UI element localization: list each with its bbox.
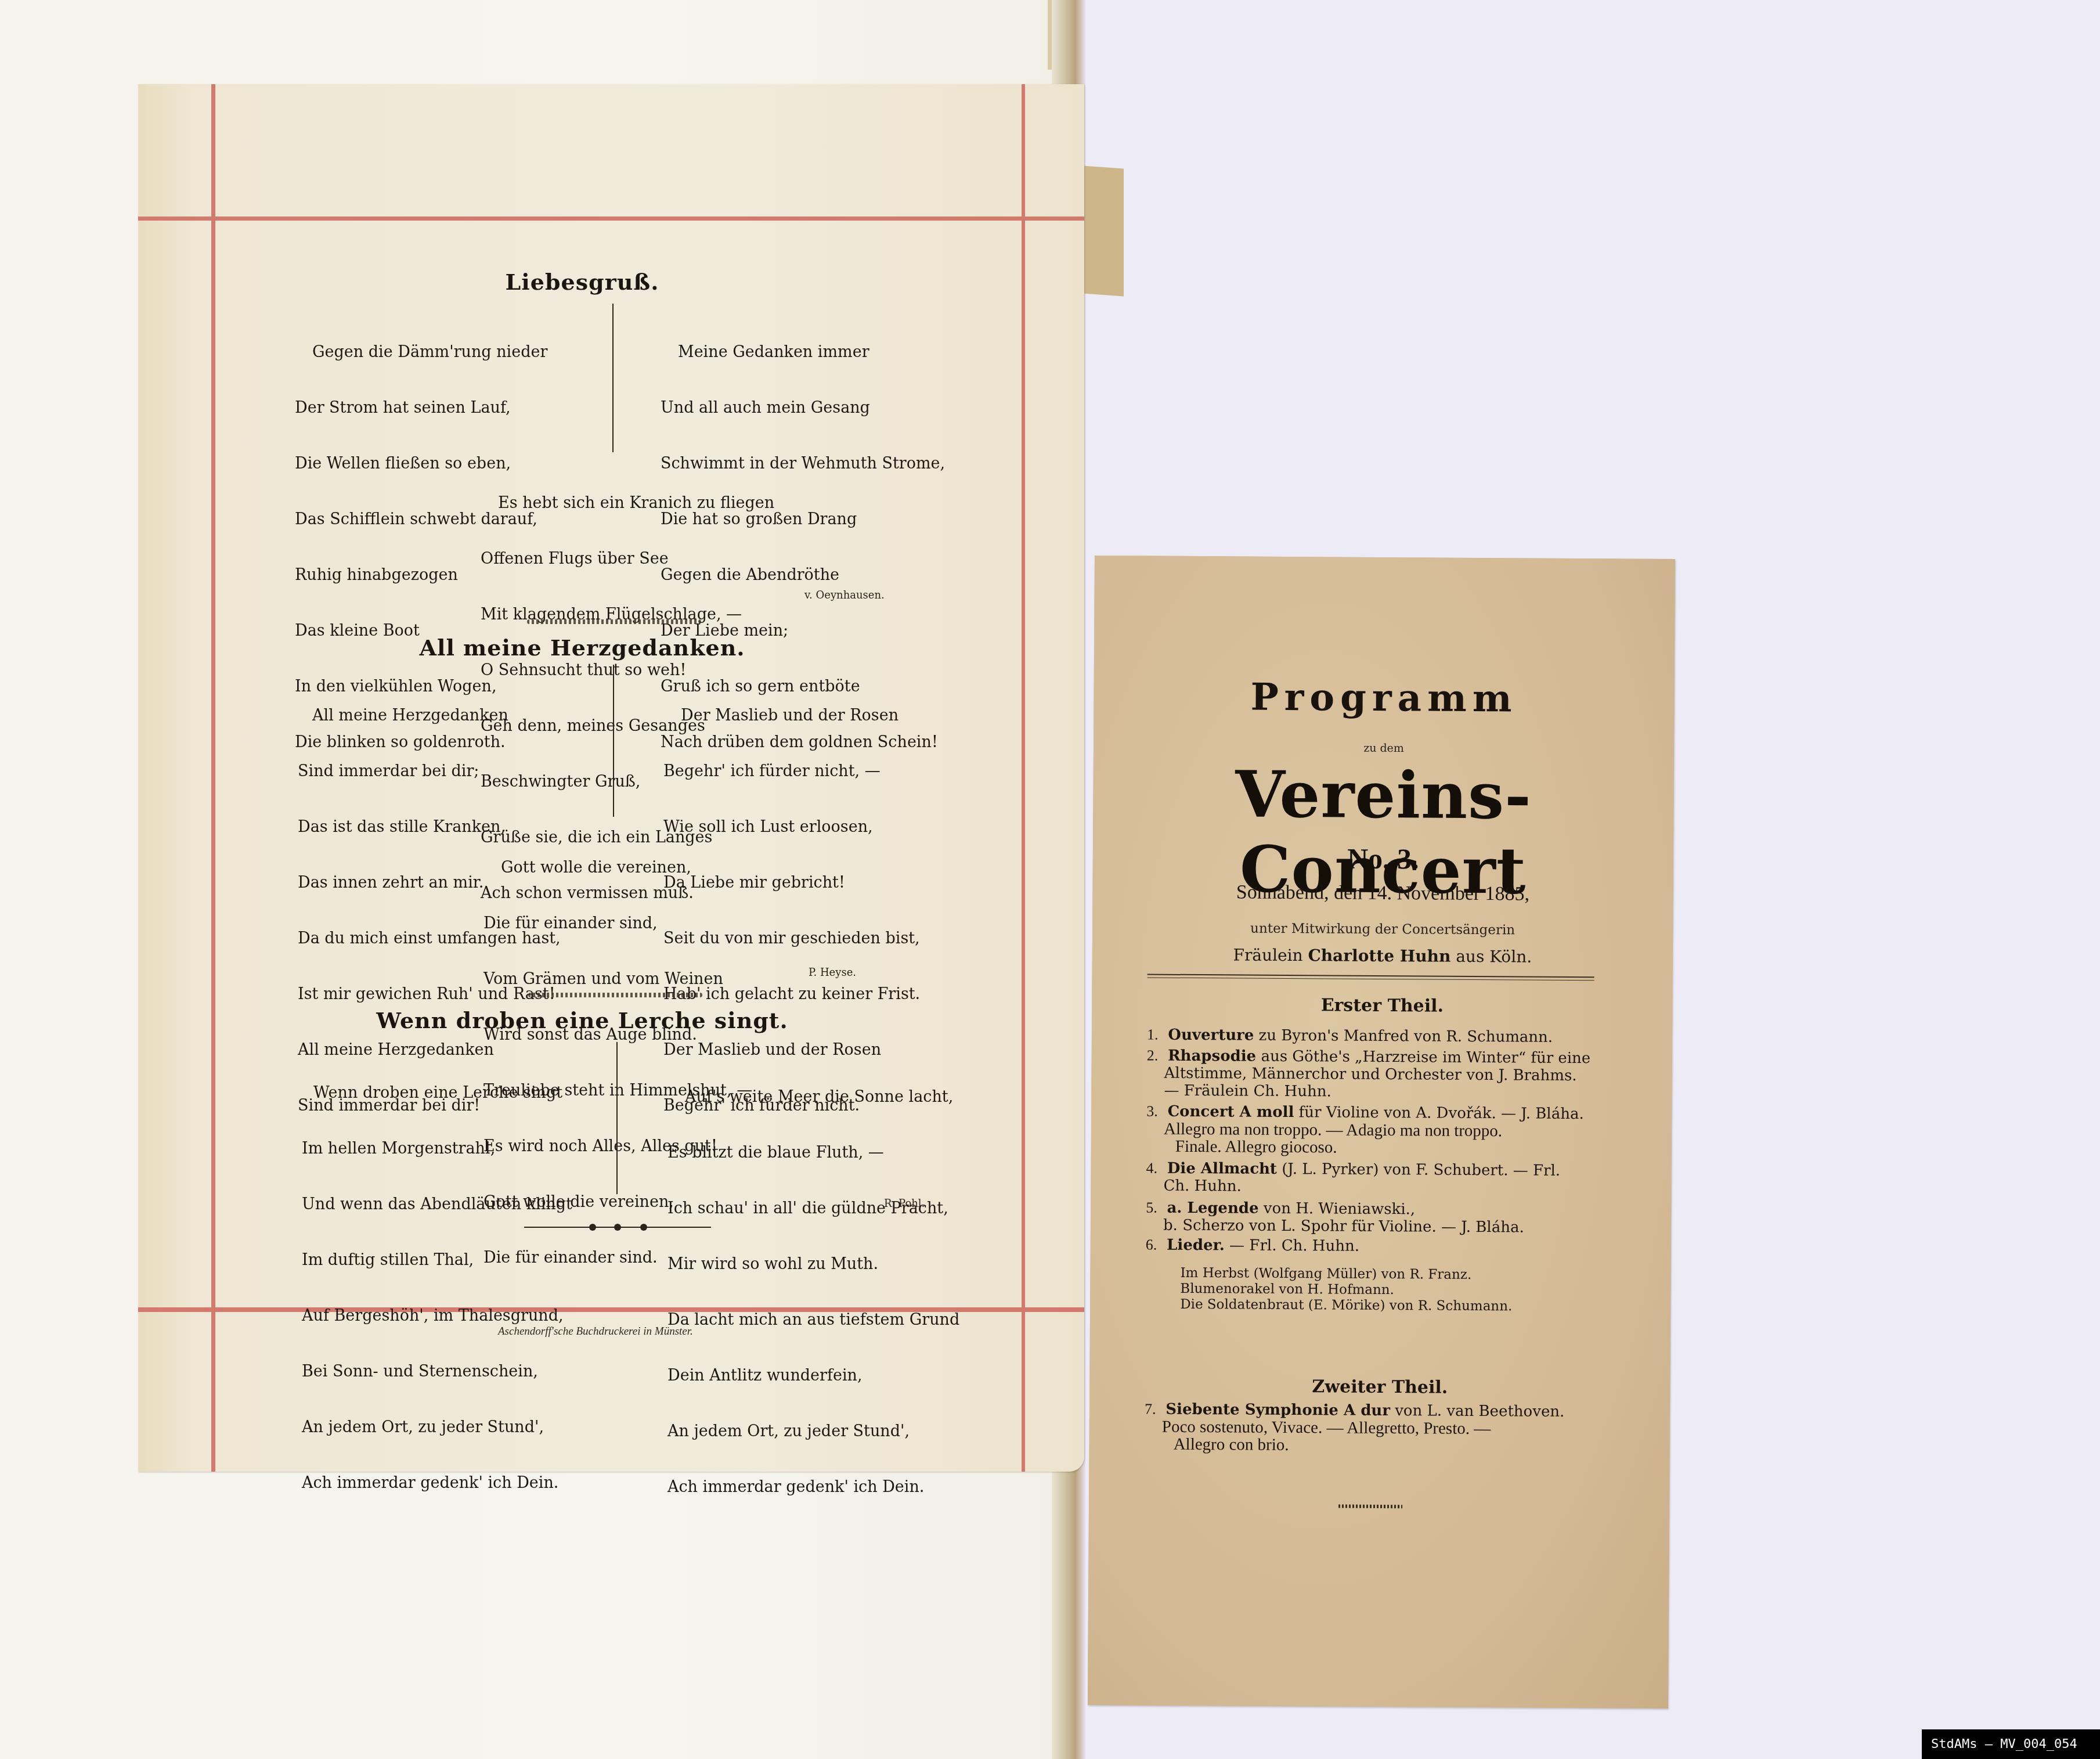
red-rule-top (138, 217, 1084, 221)
part-two-heading: Zweiter Theil. (1089, 1375, 1670, 1399)
verse-line: Im duftig stillen Thal, (302, 1251, 572, 1270)
archive-signature-label: StdAMs – MV_004_054 (1922, 1729, 2100, 1759)
column-divider (616, 1042, 618, 1194)
printer-imprint: Aschendorff'sche Buchdruckerei in Münste… (498, 1325, 693, 1338)
song-list: Im Herbst (Wolfgang Müller) von R. Franz… (1180, 1266, 1633, 1315)
lyrics-leaf: Liebesgruß. Gegen die Dämm'rung nieder D… (138, 84, 1084, 1472)
program-item: 1. Ouverture zu Byron's Manfred von R. S… (1147, 1026, 1623, 1047)
verse-line: Da lacht mich an aus tiefstem Grund (667, 1311, 959, 1329)
concert-program-sheet: Programm zu dem Vereins-Concert No. 3. S… (1088, 556, 1675, 1708)
verse-line: Vom Grämen und vom Weinen (483, 970, 752, 989)
verse-line: Dein Antlitz wunderfein, (667, 1367, 959, 1385)
verse-line: An jedem Ort, zu jeder Stund', (302, 1418, 572, 1437)
verse-line: Auf's weite Meer die Sonne lacht, (667, 1088, 959, 1106)
verse-line: Ach immerdar gedenk' ich Dein. (667, 1478, 959, 1497)
soloist-name: Charlotte Huhn (1308, 946, 1450, 966)
verse-line: An jedem Ort, zu jeder Stund', (667, 1422, 959, 1441)
ornamental-divider (524, 1223, 711, 1231)
wavy-separator (1338, 1505, 1402, 1509)
verse-line: Auf Bergeshöh', im Thalesgrund, (302, 1307, 572, 1325)
verse-line: Wenn droben eine Lerche singt (302, 1084, 572, 1102)
verse-line: Im hellen Morgenstrahl, (302, 1140, 572, 1158)
program-item: 6. Lieder. — Frl. Ch. Huhn. (1146, 1237, 1622, 1257)
poem-author: P. Heyse. (809, 967, 856, 979)
verse-line: Sind immerdar bei dir; (298, 762, 561, 781)
poem-author: R. Pohl. (884, 1198, 925, 1210)
verse-line: Und all auch mein Gesang (661, 399, 945, 417)
verse-line: Meine Gedanken immer (661, 343, 945, 362)
double-rule (1148, 974, 1594, 981)
poem-title: Liebesgruß. (138, 269, 1026, 295)
paper-tab-scrap (1083, 166, 1124, 297)
verse-line: Und wenn das Abendläuten klingt (302, 1195, 572, 1214)
poem-author: v. Oeynhausen. (804, 589, 885, 601)
poem-title: All meine Herzgedanken. (138, 635, 1026, 661)
poem-title: Wenn droben eine Lerche singt. (138, 1007, 1026, 1033)
column-divider (613, 665, 614, 817)
soloist-line: Fräulein Charlotte Huhn aus Köln. (1092, 945, 1673, 967)
verse-line: Gott wolle die vereinen, (483, 859, 752, 877)
wavy-separator (528, 993, 702, 997)
soloist-prefix: Fräulein (1233, 945, 1302, 965)
program-item: 4. Die Allmacht (J. L. Pyrker) von F. Sc… (1146, 1160, 1622, 1198)
verse-line: Gegen die Dämm'rung nieder (295, 343, 547, 362)
poem-column-right: Auf's weite Meer die Sonne lacht, Es bli… (667, 1051, 959, 1534)
verse-line: Mir wird so wohl zu Muth. (667, 1255, 959, 1274)
verse-line: Der Strom hat seinen Lauf, (295, 399, 547, 417)
part-one-heading: Erster Theil. (1092, 994, 1672, 1018)
verse-line: Es hebt sich ein Kranich zu fliegen (481, 494, 774, 513)
poem-column-left: Wenn droben eine Lerche singt Im hellen … (302, 1047, 572, 1530)
concert-number: No. 3. (1093, 840, 1673, 877)
column-divider (612, 304, 614, 452)
verse-line: Begehr' ich fürder nicht, — (663, 762, 920, 781)
program-subtitle: zu dem (1094, 740, 1674, 756)
verse-line: Offenen Flugs über See (481, 550, 774, 568)
wavy-separator (527, 619, 701, 624)
verse-line: Ach immerdar gedenk' ich Dein. (302, 1474, 572, 1493)
verse-line: Es blitzt die blaue Fluth, — (667, 1144, 959, 1162)
program-item: 3. Concert A moll für Violine von A. Dvo… (1146, 1103, 1623, 1158)
program-title: Programm (1094, 675, 1674, 722)
concert-date: Sonnabend, den 14. November 1885, (1092, 881, 1673, 906)
program-item: 7. Siebente Symphonie A dur von L. van B… (1145, 1401, 1621, 1456)
program-item: 2. Rhapsodie aus Göthe's „Harzreise im W… (1146, 1047, 1623, 1102)
verse-line: All meine Herzgedanken (298, 707, 561, 725)
soloist-origin: aus Köln. (1456, 947, 1532, 967)
participation-line: unter Mitwirkung der Concertsängerin (1092, 920, 1673, 939)
verse-line: Bei Sonn- und Sternenschein, (302, 1362, 572, 1381)
verse-line: Die für einander sind, (483, 914, 752, 933)
song-item: Die Soldatenbraut (E. Mörike) von R. Sch… (1180, 1297, 1633, 1315)
program-item: 5. a. Legende von H. Wieniawski., b. Sch… (1146, 1199, 1622, 1237)
verse-line: Der Maslieb und der Rosen (663, 707, 920, 725)
